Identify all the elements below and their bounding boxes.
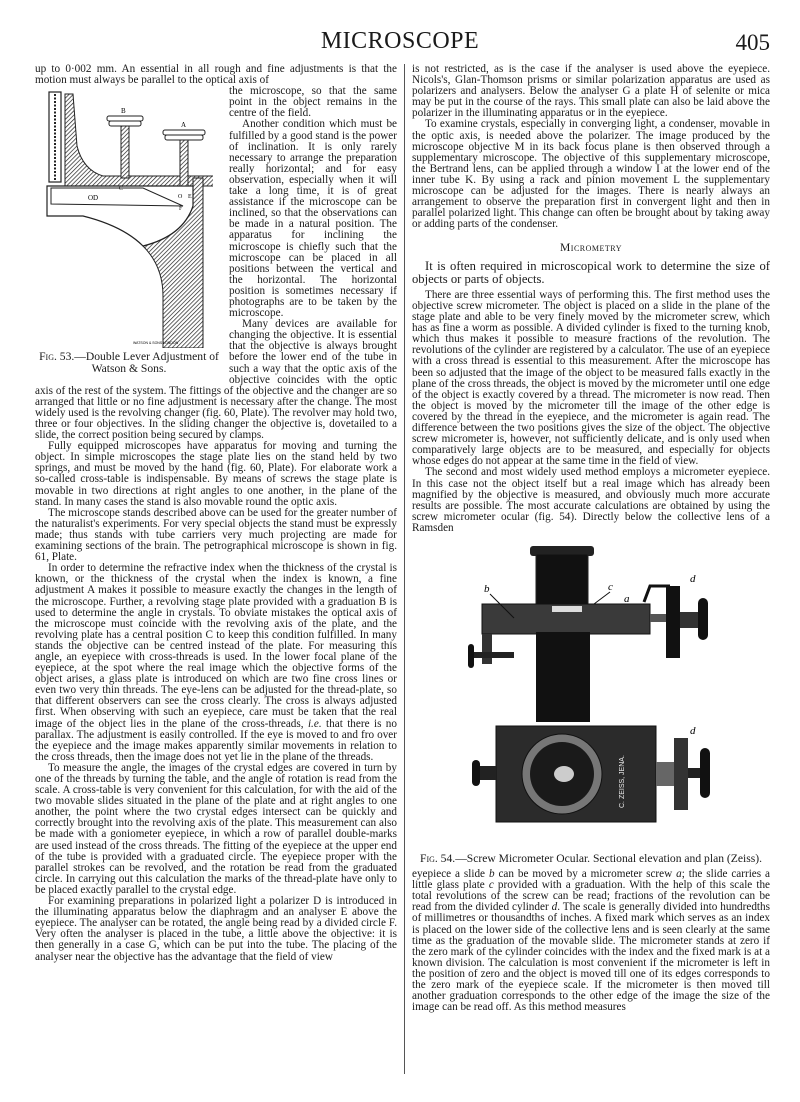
label-c: c <box>608 581 613 593</box>
figure-54-caption: Fig. 54.—Screw Micrometer Ocular. Sectio… <box>412 853 770 865</box>
caption-text: —Double Lever Adjustment of Watson & Son… <box>74 350 219 375</box>
section-heading: Micrometry <box>412 242 770 253</box>
label-a: a <box>624 593 630 605</box>
paragraph-text: In order to determine the refractive ind… <box>35 562 397 729</box>
paragraph: To examine crystals, especially in conve… <box>412 119 770 230</box>
caption-text: —Screw Micrometer Ocular. Sectional elev… <box>455 852 762 865</box>
figure-label: Fig. 54. <box>420 852 455 865</box>
column-divider <box>404 64 405 1074</box>
maker-plate-text: C. ZEISS, JENA. <box>619 755 626 808</box>
screw-micrometer-ocular-illustration: b c a d C. ZEISS, JENA. d <box>412 542 742 848</box>
figure-53: OD B A C O E F WATSON & SONS LONDON Fig.… <box>35 86 223 375</box>
paragraph: Fully equipped microscopes have apparatu… <box>35 441 397 508</box>
paragraph: The microscope stands described above ca… <box>35 508 397 563</box>
paragraph: In order to determine the refractive ind… <box>35 563 397 763</box>
label-o: O <box>178 194 183 200</box>
label-e: E <box>188 194 192 200</box>
paragraph: is not restricted, as is the case if the… <box>412 64 770 119</box>
double-lever-adjustment-illustration: OD B A C O E F WATSON & SONS LONDON <box>43 86 213 348</box>
paragraph: up to 0·002 mm. An essential in all roug… <box>35 64 397 86</box>
label-d: d <box>690 573 696 585</box>
label-a: A <box>181 121 186 129</box>
right-column: is not restricted, as is the case if the… <box>412 64 770 1013</box>
figure-53-caption: Fig. 53.—Double Lever Adjustment of Wats… <box>35 351 223 375</box>
figure-label: Fig. 53. <box>39 350 74 363</box>
figure-54: b c a d C. ZEISS, JENA. d Fig. 54.—Screw… <box>412 534 770 865</box>
label-od: OD <box>88 194 98 202</box>
left-column: up to 0·002 mm. An essential in all roug… <box>35 64 397 963</box>
page-number: 405 <box>736 30 771 56</box>
label-c: C <box>119 186 123 192</box>
paragraph: For examining preparations in polarized … <box>35 896 397 963</box>
label-d-plan: d <box>690 725 696 737</box>
label-b: b <box>484 583 490 595</box>
label-b: B <box>121 107 126 115</box>
paragraph: The second and most widely used method e… <box>412 467 770 534</box>
paragraph-text: . The scale is generally divided into hu… <box>412 901 770 1013</box>
running-head: MICROSCOPE <box>0 28 800 55</box>
lead-paragraph: It is often required in microscopical wo… <box>412 260 770 286</box>
maker-mark: WATSON & SONS LONDON <box>133 341 179 345</box>
paragraph: To measure the angle, the images of the … <box>35 763 397 896</box>
page-header: MICROSCOPE 405 <box>0 28 800 54</box>
paragraph: There are three essential ways of perfor… <box>412 290 770 468</box>
paragraph: eyepiece a slide b can be moved by a mic… <box>412 869 770 1013</box>
